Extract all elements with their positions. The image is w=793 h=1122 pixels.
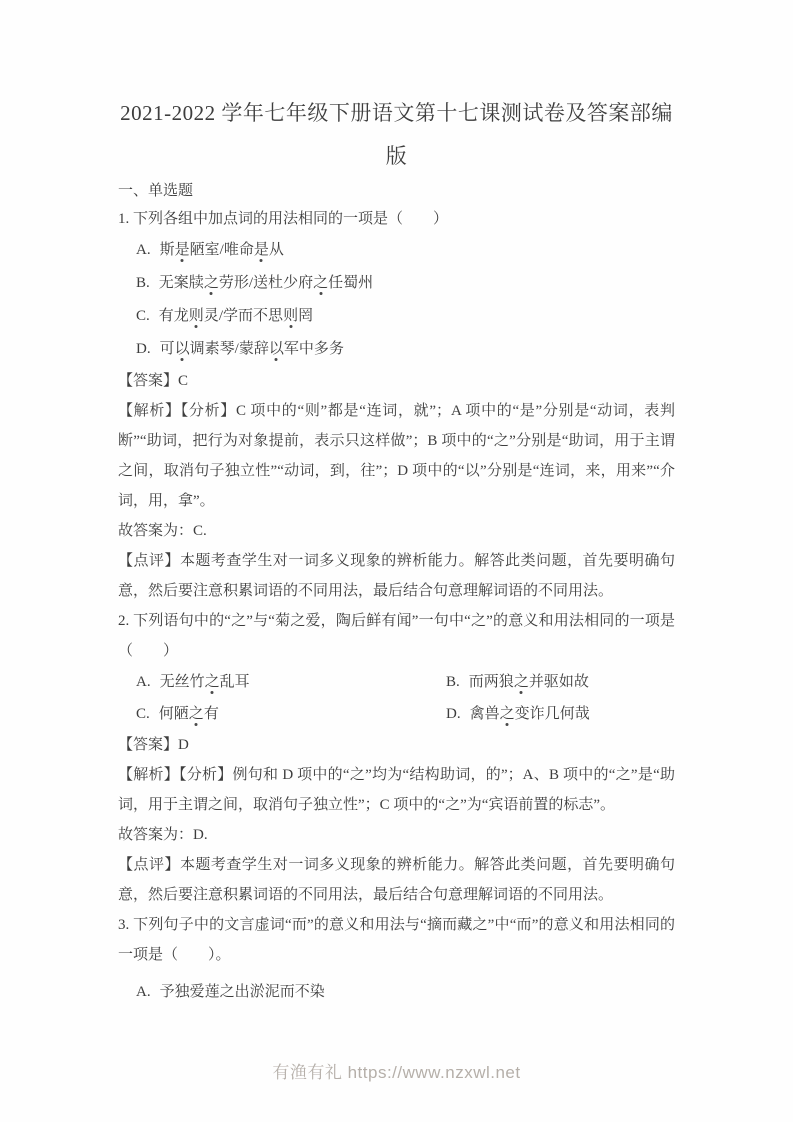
question-3-options: A.予独爱莲之出淤泥而不染 bbox=[118, 976, 675, 1009]
option-label: B. bbox=[446, 674, 460, 690]
footer-watermark: 有渔有礼 https://www.nzxwl.net bbox=[0, 1058, 793, 1083]
question-1-option-b: B.无案牍之劳形/送杜少府之任蜀州 bbox=[136, 267, 675, 300]
question-2-option-d: D.禽兽之变诈几何哉 bbox=[446, 698, 675, 730]
question-2-conclusion: 故答案为：D. bbox=[118, 820, 675, 850]
option-text: 而两狼之并驱如故 bbox=[469, 674, 589, 690]
question-1-analysis: 【解析】【分析】C 项中的“则”都是“连词，就”；A 项中的“是”分别是“动词，… bbox=[118, 396, 675, 516]
question-1-conclusion: 故答案为：C. bbox=[118, 516, 675, 546]
question-2-options: A.无丝竹之乱耳 B.而两狼之并驱如故 C.何陋之有 D.禽兽之变诈几何哉 bbox=[118, 666, 675, 730]
option-text: 无案牍之劳形/送杜少府之任蜀州 bbox=[159, 275, 373, 291]
document-title: 2021-2022 学年七年级下册语文第十七课测试卷及答案部编版 bbox=[118, 92, 675, 178]
section-heading: 一、单选题 bbox=[118, 178, 675, 204]
question-3-stem: 3. 下列句子中的文言虚词“而”的意义和用法与“摘而藏之”中“而”的意义和用法相… bbox=[118, 910, 675, 970]
option-label: D. bbox=[446, 706, 461, 722]
question-2-option-b: B.而两狼之并驱如故 bbox=[446, 666, 675, 698]
option-text: 斯是陋室/唯命是从 bbox=[160, 242, 284, 258]
option-label: C. bbox=[136, 706, 150, 722]
question-1-option-d: D.可以调素琴/蒙辞以军中多务 bbox=[136, 333, 675, 366]
question-2-option-c: C.何陋之有 bbox=[136, 698, 446, 730]
question-2-analysis: 【解析】【分析】例句和 D 项中的“之”均为“结构助词，的”；A、B 项中的“之… bbox=[118, 760, 675, 820]
option-text: 予独爱莲之出淤泥而不染 bbox=[160, 984, 325, 1000]
option-label: D. bbox=[136, 341, 151, 357]
option-label: C. bbox=[136, 308, 150, 324]
option-label: A. bbox=[136, 984, 151, 1000]
question-1-options: A.斯是陋室/唯命是从 B.无案牍之劳形/送杜少府之任蜀州 C.有龙则灵/学而不… bbox=[118, 234, 675, 366]
option-text: 何陋之有 bbox=[159, 706, 219, 722]
option-text: 禽兽之变诈几何哉 bbox=[470, 706, 590, 722]
option-label: A. bbox=[136, 242, 151, 258]
question-2-comment: 【点评】本题考查学生对一词多义现象的辨析能力。解答此类问题，首先要明确句意，然后… bbox=[118, 850, 675, 910]
option-label: B. bbox=[136, 275, 150, 291]
option-text: 有龙则灵/学而不思则罔 bbox=[159, 308, 313, 324]
option-label: A. bbox=[136, 674, 151, 690]
question-3-option-a: A.予独爱莲之出淤泥而不染 bbox=[136, 976, 675, 1009]
question-1-option-a: A.斯是陋室/唯命是从 bbox=[136, 234, 675, 267]
document-page: 2021-2022 学年七年级下册语文第十七课测试卷及答案部编版 一、单选题 1… bbox=[118, 0, 675, 1009]
question-1-stem: 1. 下列各组中加点词的用法相同的一项是（ ） bbox=[118, 204, 675, 234]
question-2-option-a: A.无丝竹之乱耳 bbox=[136, 666, 446, 698]
question-1-comment: 【点评】本题考查学生对一词多义现象的辨析能力。解答此类问题，首先要明确句意，然后… bbox=[118, 546, 675, 606]
question-1-option-c: C.有龙则灵/学而不思则罔 bbox=[136, 300, 675, 333]
option-text: 无丝竹之乱耳 bbox=[160, 674, 250, 690]
question-1-answer: 【答案】C bbox=[118, 366, 675, 396]
question-2-answer: 【答案】D bbox=[118, 730, 675, 760]
question-2-stem: 2. 下列语句中的“之”与“菊之爱，陶后鲜有闻”一句中“之”的意义和用法相同的一… bbox=[118, 606, 675, 666]
option-text: 可以调素琴/蒙辞以军中多务 bbox=[160, 341, 344, 357]
